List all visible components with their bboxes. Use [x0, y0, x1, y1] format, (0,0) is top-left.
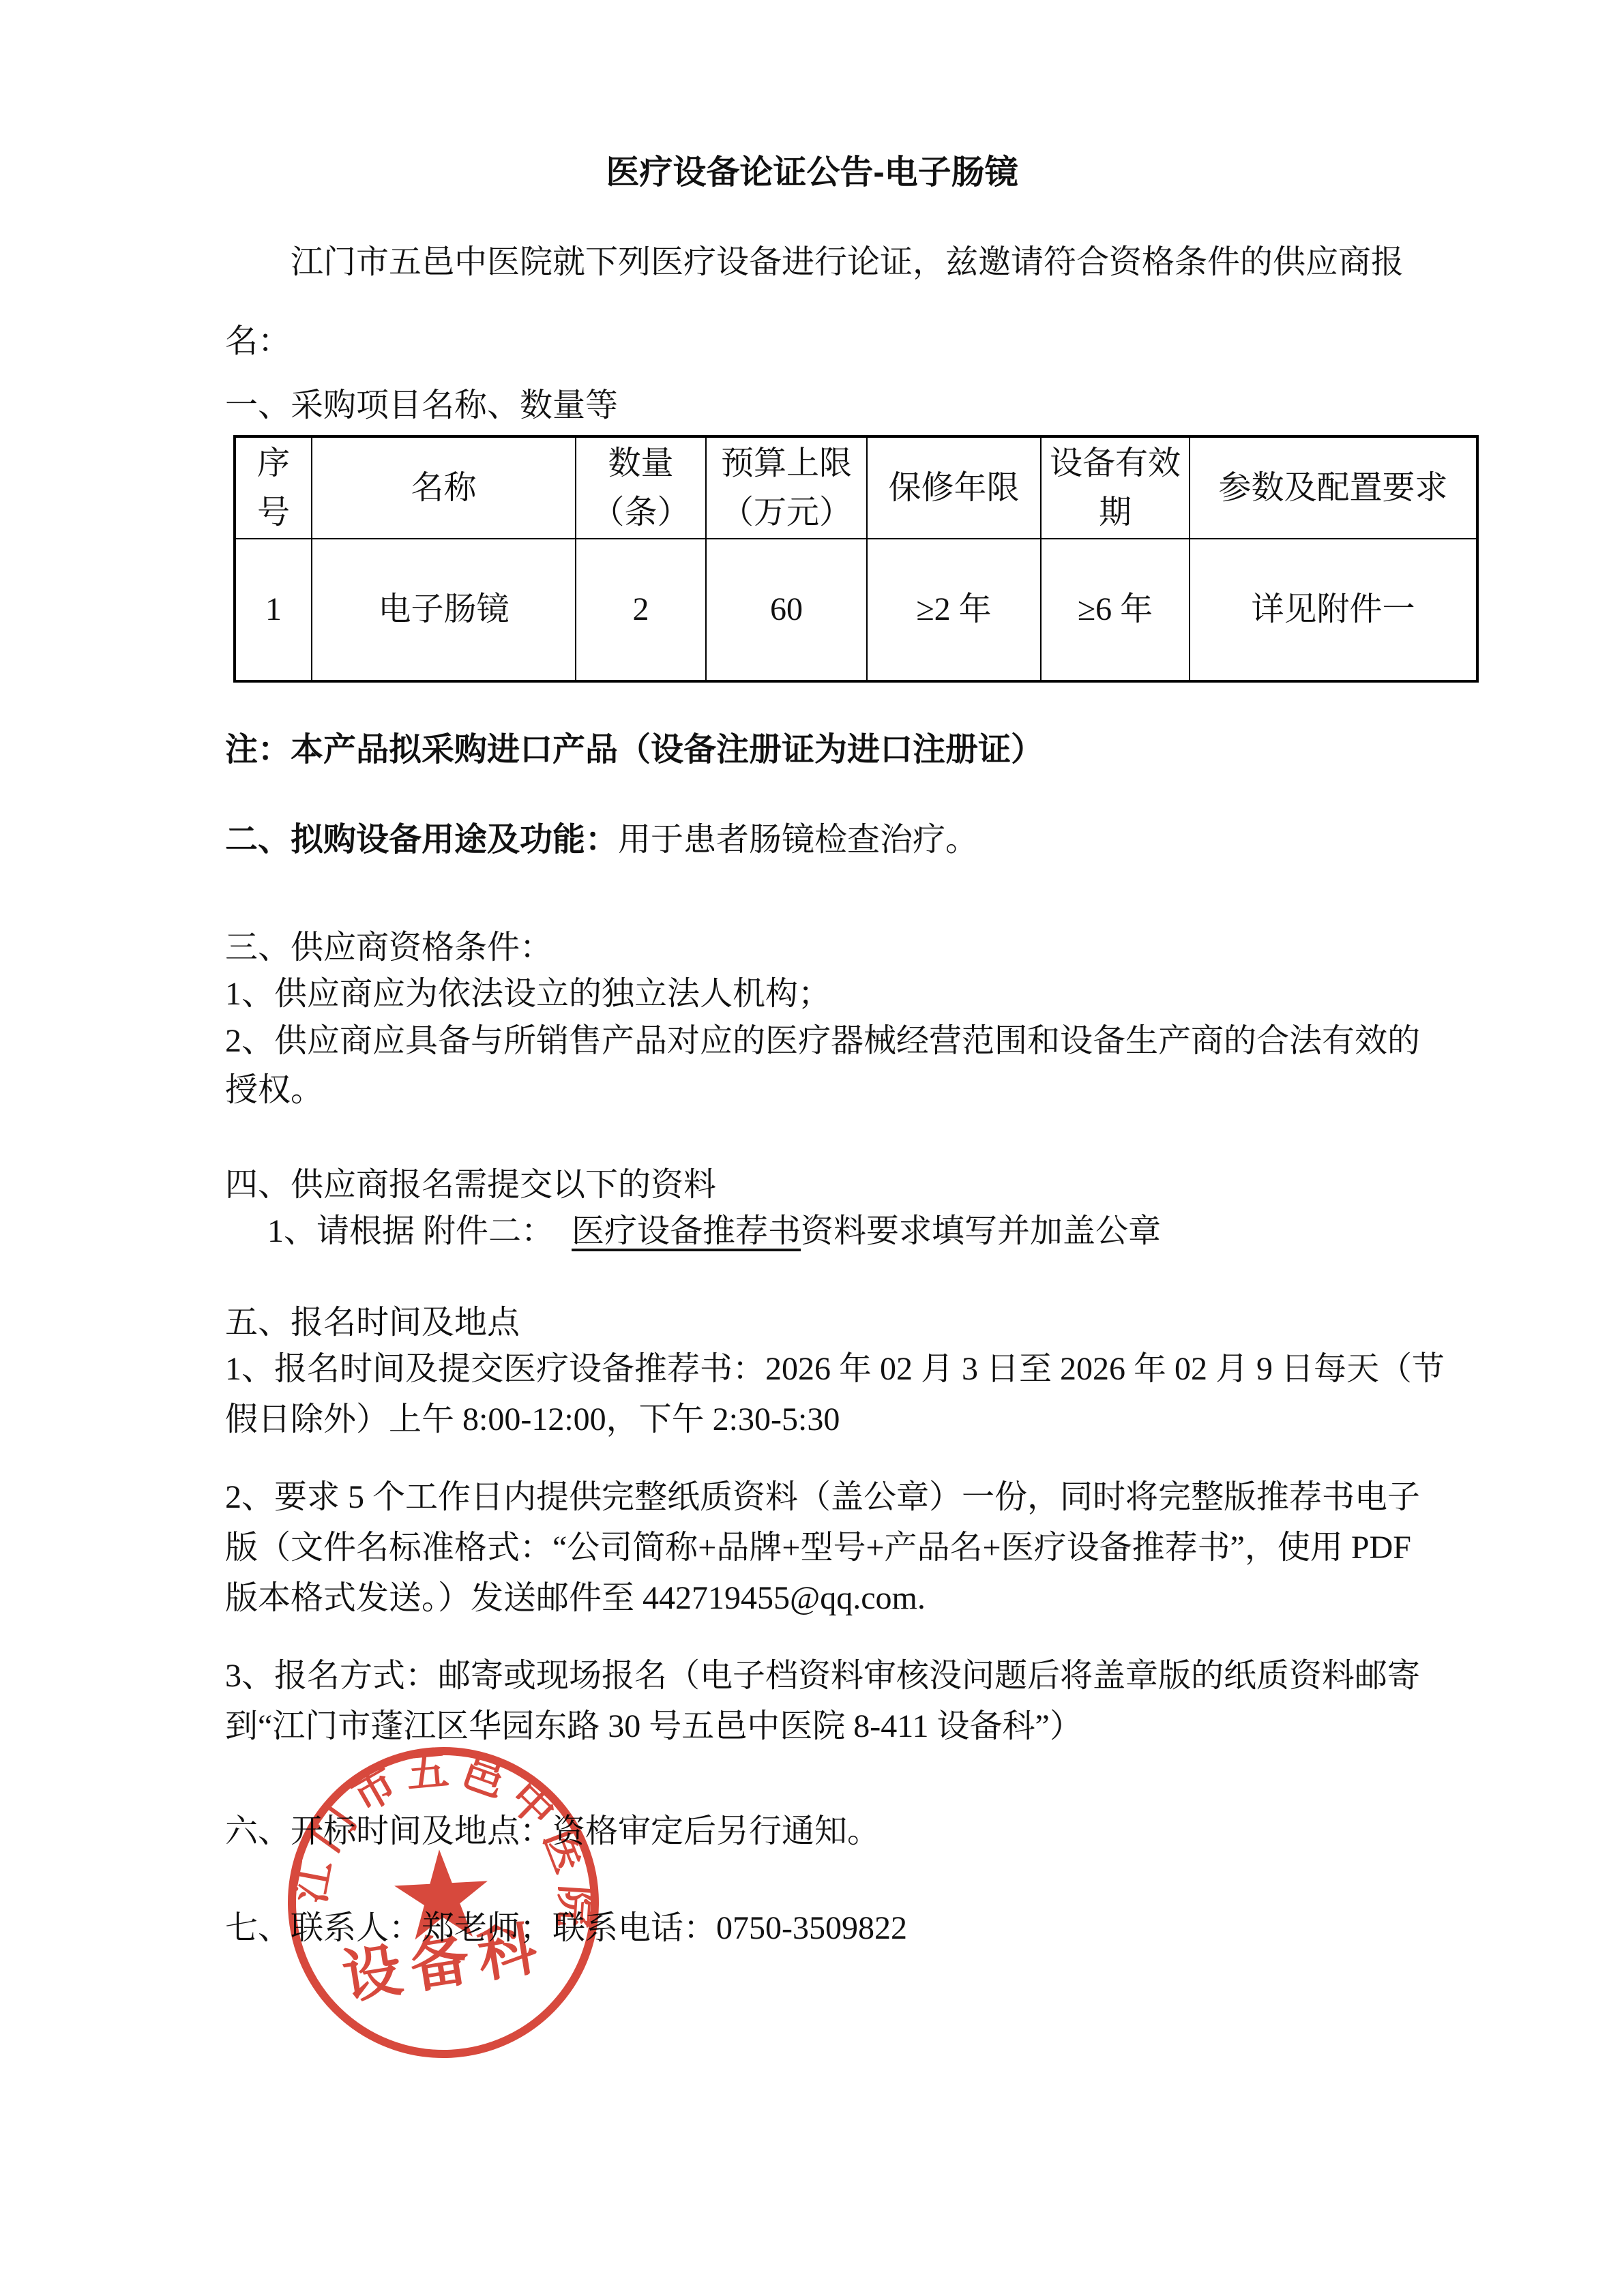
section-5-item-2: 2、要求 5 个工作日内提供完整纸质资料（盖公章）一份，同时将完整版推荐书电子 …	[225, 1472, 1453, 1624]
col-header-budget: 预算上限 （万元）	[706, 436, 867, 539]
col-header-qty: 数量 （条）	[576, 436, 706, 539]
official-seal: 江门市五邑中医院 设备科	[275, 1734, 612, 2071]
section-5-item-1-line-2: 假日除外）上午 8:00-12:00，下午 2:30-5:30	[225, 1395, 1453, 1445]
section-3-item-1: 1、供应商应为依法设立的独立法人机构；	[225, 972, 1453, 1016]
table-row: 1 电子肠镜 2 60 ≥2 年 ≥6 年 详见附件一	[235, 539, 1477, 681]
document-page: 医疗设备论证公告-电子肠镜 江门市五邑中医院就下列医疗设备进行论证，兹邀请符合资…	[0, 0, 1624, 2296]
procurement-table: 序 号 名称 数量 （条） 预算上限 （万元） 保修年限 设备有效 期 参数及配…	[233, 435, 1479, 683]
section-3-item-2-line-1: 2、供应商应具备与所销售产品对应的医疗器械经营范围和设备生产商的合法有效的	[225, 1017, 1453, 1066]
section-4-item-1: 1、请根据 附件二：医疗设备推荐书资料要求填写并加盖公章	[225, 1210, 1495, 1253]
section-4-heading: 四、供应商报名需提交以下的资料	[225, 1163, 1453, 1207]
section-2-line: 二、拟购设备用途及功能：用于患者肠镜检查治疗。	[225, 818, 1453, 862]
section-4-item-1-prefix: 1、请根据 附件二：	[267, 1213, 554, 1249]
cell-qty: 2	[576, 539, 706, 681]
section-4-item-1-suffix: 资料要求填写并加盖公章	[801, 1213, 1161, 1249]
col-header-validity: 设备有效 期	[1041, 436, 1190, 539]
cell-warranty: ≥2 年	[867, 539, 1041, 681]
section-3-heading: 三、供应商资格条件：	[225, 926, 1453, 970]
intro-line-2: 名：	[225, 302, 1453, 381]
section-5-item-3: 3、报名方式：邮寄或现场报名（电子档资料审核没问题后将盖章版的纸质资料邮寄 到“…	[225, 1651, 1453, 1752]
seal-arc-text: 江门市五邑中医院	[279, 1739, 602, 1953]
seal-department-text: 设备科	[338, 1914, 550, 2011]
cell-budget: 60	[706, 539, 867, 681]
section-5-heading: 五、报名时间及地点	[225, 1301, 1453, 1345]
section-5-item-2-line-3: 版本格式发送。）发送邮件至 442719455@qq.com.	[225, 1573, 1453, 1624]
section-5-item-1-line-1: 1、报名时间及提交医疗设备推荐书：2026 年 02 月 3 日至 2026 年…	[225, 1344, 1453, 1395]
section-1-heading: 一、采购项目名称、数量等	[225, 384, 1453, 428]
section-5-item-2-line-1: 2、要求 5 个工作日内提供完整纸质资料（盖公章）一份，同时将完整版推荐书电子	[225, 1472, 1453, 1523]
cell-seq: 1	[235, 539, 312, 681]
svg-text:江门市五邑中医院: 江门市五邑中医院	[279, 1739, 602, 1953]
col-header-name: 名称	[312, 436, 576, 539]
section-5-item-1: 1、报名时间及提交医疗设备推荐书：2026 年 02 月 3 日至 2026 年…	[225, 1344, 1453, 1445]
attachment-link: 医疗设备推荐书	[572, 1213, 801, 1249]
table-header-row: 序 号 名称 数量 （条） 预算上限 （万元） 保修年限 设备有效 期 参数及配…	[235, 436, 1477, 539]
cell-specs: 详见附件一	[1190, 539, 1477, 681]
col-header-seq: 序 号	[235, 436, 312, 539]
section-3-item-2: 2、供应商应具备与所销售产品对应的医疗器械经营范围和设备生产商的合法有效的 授权…	[225, 1017, 1453, 1115]
cell-validity: ≥6 年	[1041, 539, 1190, 681]
doc-title: 医疗设备论证公告-电子肠镜	[0, 151, 1624, 194]
section-5-item-3-line-1: 3、报名方式：邮寄或现场报名（电子档资料审核没问题后将盖章版的纸质资料邮寄	[225, 1651, 1453, 1701]
section-3-item-2-line-2: 授权。	[225, 1066, 1453, 1115]
col-header-warranty: 保修年限	[867, 436, 1041, 539]
section-5-item-2-line-2: 版（文件名标准格式：“公司简称+品牌+型号+产品名+医疗设备推荐书”，使用 PD…	[225, 1523, 1453, 1573]
section-2-label: 二、拟购设备用途及功能：	[225, 822, 618, 858]
intro-line-1: 江门市五邑中医院就下列医疗设备进行论证，兹邀请符合资格条件的供应商报	[225, 223, 1453, 302]
cell-name: 电子肠镜	[312, 539, 576, 681]
note-line: 注：本产品拟采购进口产品（设备注册证为进口注册证）	[225, 728, 1453, 772]
section-2-text: 用于患者肠镜检查治疗。	[618, 822, 978, 858]
intro-paragraph: 江门市五邑中医院就下列医疗设备进行论证，兹邀请符合资格条件的供应商报 名：	[225, 223, 1453, 381]
col-header-specs: 参数及配置要求	[1190, 436, 1477, 539]
